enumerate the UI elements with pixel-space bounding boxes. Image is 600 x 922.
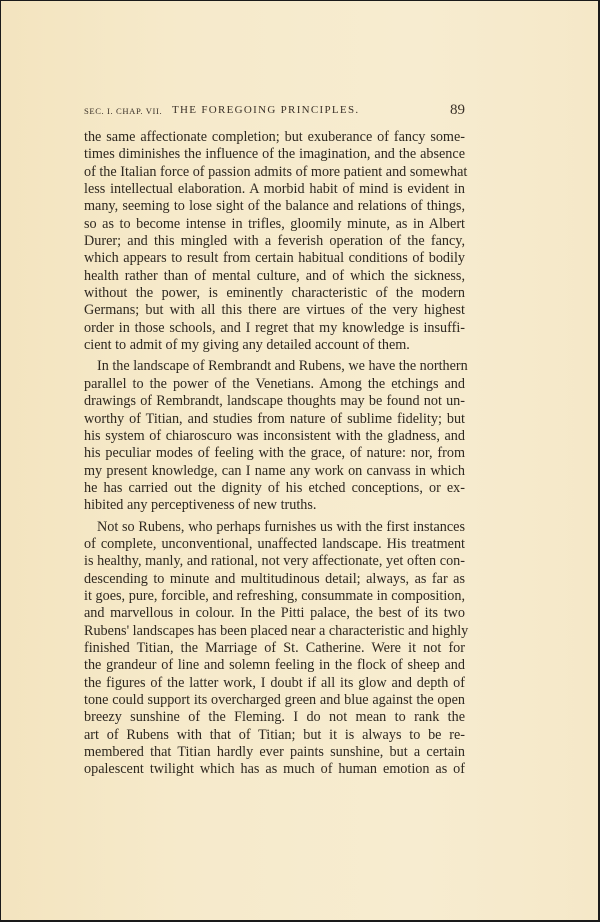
text-line: Rubens' landscapes has been placed near … — [84, 623, 465, 640]
text-line: order in those schools, and I regret tha… — [84, 320, 465, 337]
text-line: less intellectual elaboration. A morbid … — [84, 181, 465, 198]
text-line: Germans; but with all this there are vir… — [84, 302, 465, 319]
text-line: without the power, is eminently characte… — [84, 285, 465, 302]
text-line: the same affectionate completion; but ex… — [84, 129, 465, 146]
book-page: SEC. I. CHAP. VII. THE FOREGOING PRINCIP… — [1, 1, 598, 920]
text-line: and marvellous in colour. In the Pitti p… — [84, 605, 465, 622]
text-line: it goes, pure, forcible, and refreshing,… — [84, 588, 465, 605]
running-head: SEC. I. CHAP. VII. THE FOREGOING PRINCIP… — [84, 103, 465, 121]
text-line: finished Titian, the Marriage of St. Cat… — [84, 640, 465, 657]
text-line: drawings of Rembrandt, landscape thought… — [84, 393, 465, 410]
paragraph-3: Not so Rubens, who perhaps furnishes us … — [84, 519, 465, 779]
chapter-title: THE FOREGOING PRINCIPLES. — [172, 104, 359, 116]
text-line: opalescent twilight which has as much of… — [84, 761, 465, 778]
text-line: cient to admit of my giving any detailed… — [84, 337, 465, 354]
text-line: my present knowledge, can I name any wor… — [84, 463, 465, 480]
page-number: 89 — [450, 102, 465, 119]
text-line: his peculiar modes of feeling with the g… — [84, 445, 465, 462]
paragraph-1: the same affectionate completion; but ex… — [84, 129, 465, 354]
text-line: of the Italian force of passion admits o… — [84, 164, 465, 181]
text-line: tone could support its overcharged green… — [84, 692, 465, 709]
text-line: parallel to the power of the Venetians. … — [84, 376, 465, 393]
paragraph-2: In the landscape of Rembrandt and Rubens… — [84, 358, 465, 514]
text-line: health rather than of mental culture, an… — [84, 268, 465, 285]
text-line: Durer; and this mingled with a feverish … — [84, 233, 465, 250]
text-line: breezy sunshine of the Fleming. I do not… — [84, 709, 465, 726]
text-line: membered that Titian hardly ever paints … — [84, 744, 465, 761]
text-line: descending to minute and multitudinous d… — [84, 571, 465, 588]
text-line: of complete, unconventional, unaffected … — [84, 536, 465, 553]
text-line: many, seeming to lose sight of the balan… — [84, 198, 465, 215]
body-text: the same affectionate completion; but ex… — [84, 129, 465, 779]
text-line: the figures of the latter work, I doubt … — [84, 675, 465, 692]
text-line: which appears to result from certain hab… — [84, 250, 465, 267]
section-label: SEC. I. CHAP. VII. — [84, 106, 162, 116]
text-line: art of Rubens with that of Titian; but i… — [84, 727, 465, 744]
text-line: In the landscape of Rembrandt and Rubens… — [84, 358, 465, 375]
text-line: hibited any perceptiveness of new truths… — [84, 497, 465, 514]
text-line: worthy of Titian, and studies from natur… — [84, 411, 465, 428]
text-line: is healthy, manly, and rational, not ver… — [84, 553, 465, 570]
text-line: Not so Rubens, who perhaps furnishes us … — [84, 519, 465, 536]
text-line: his system of chiaroscuro was inconsiste… — [84, 428, 465, 445]
text-line: so as to become intense in trifles, gloo… — [84, 216, 465, 233]
text-line: times diminishes the influence of the im… — [84, 146, 465, 163]
text-line: the grandeur of line and solemn feeling … — [84, 657, 465, 674]
text-line: he has carried out the dignity of his et… — [84, 480, 465, 497]
